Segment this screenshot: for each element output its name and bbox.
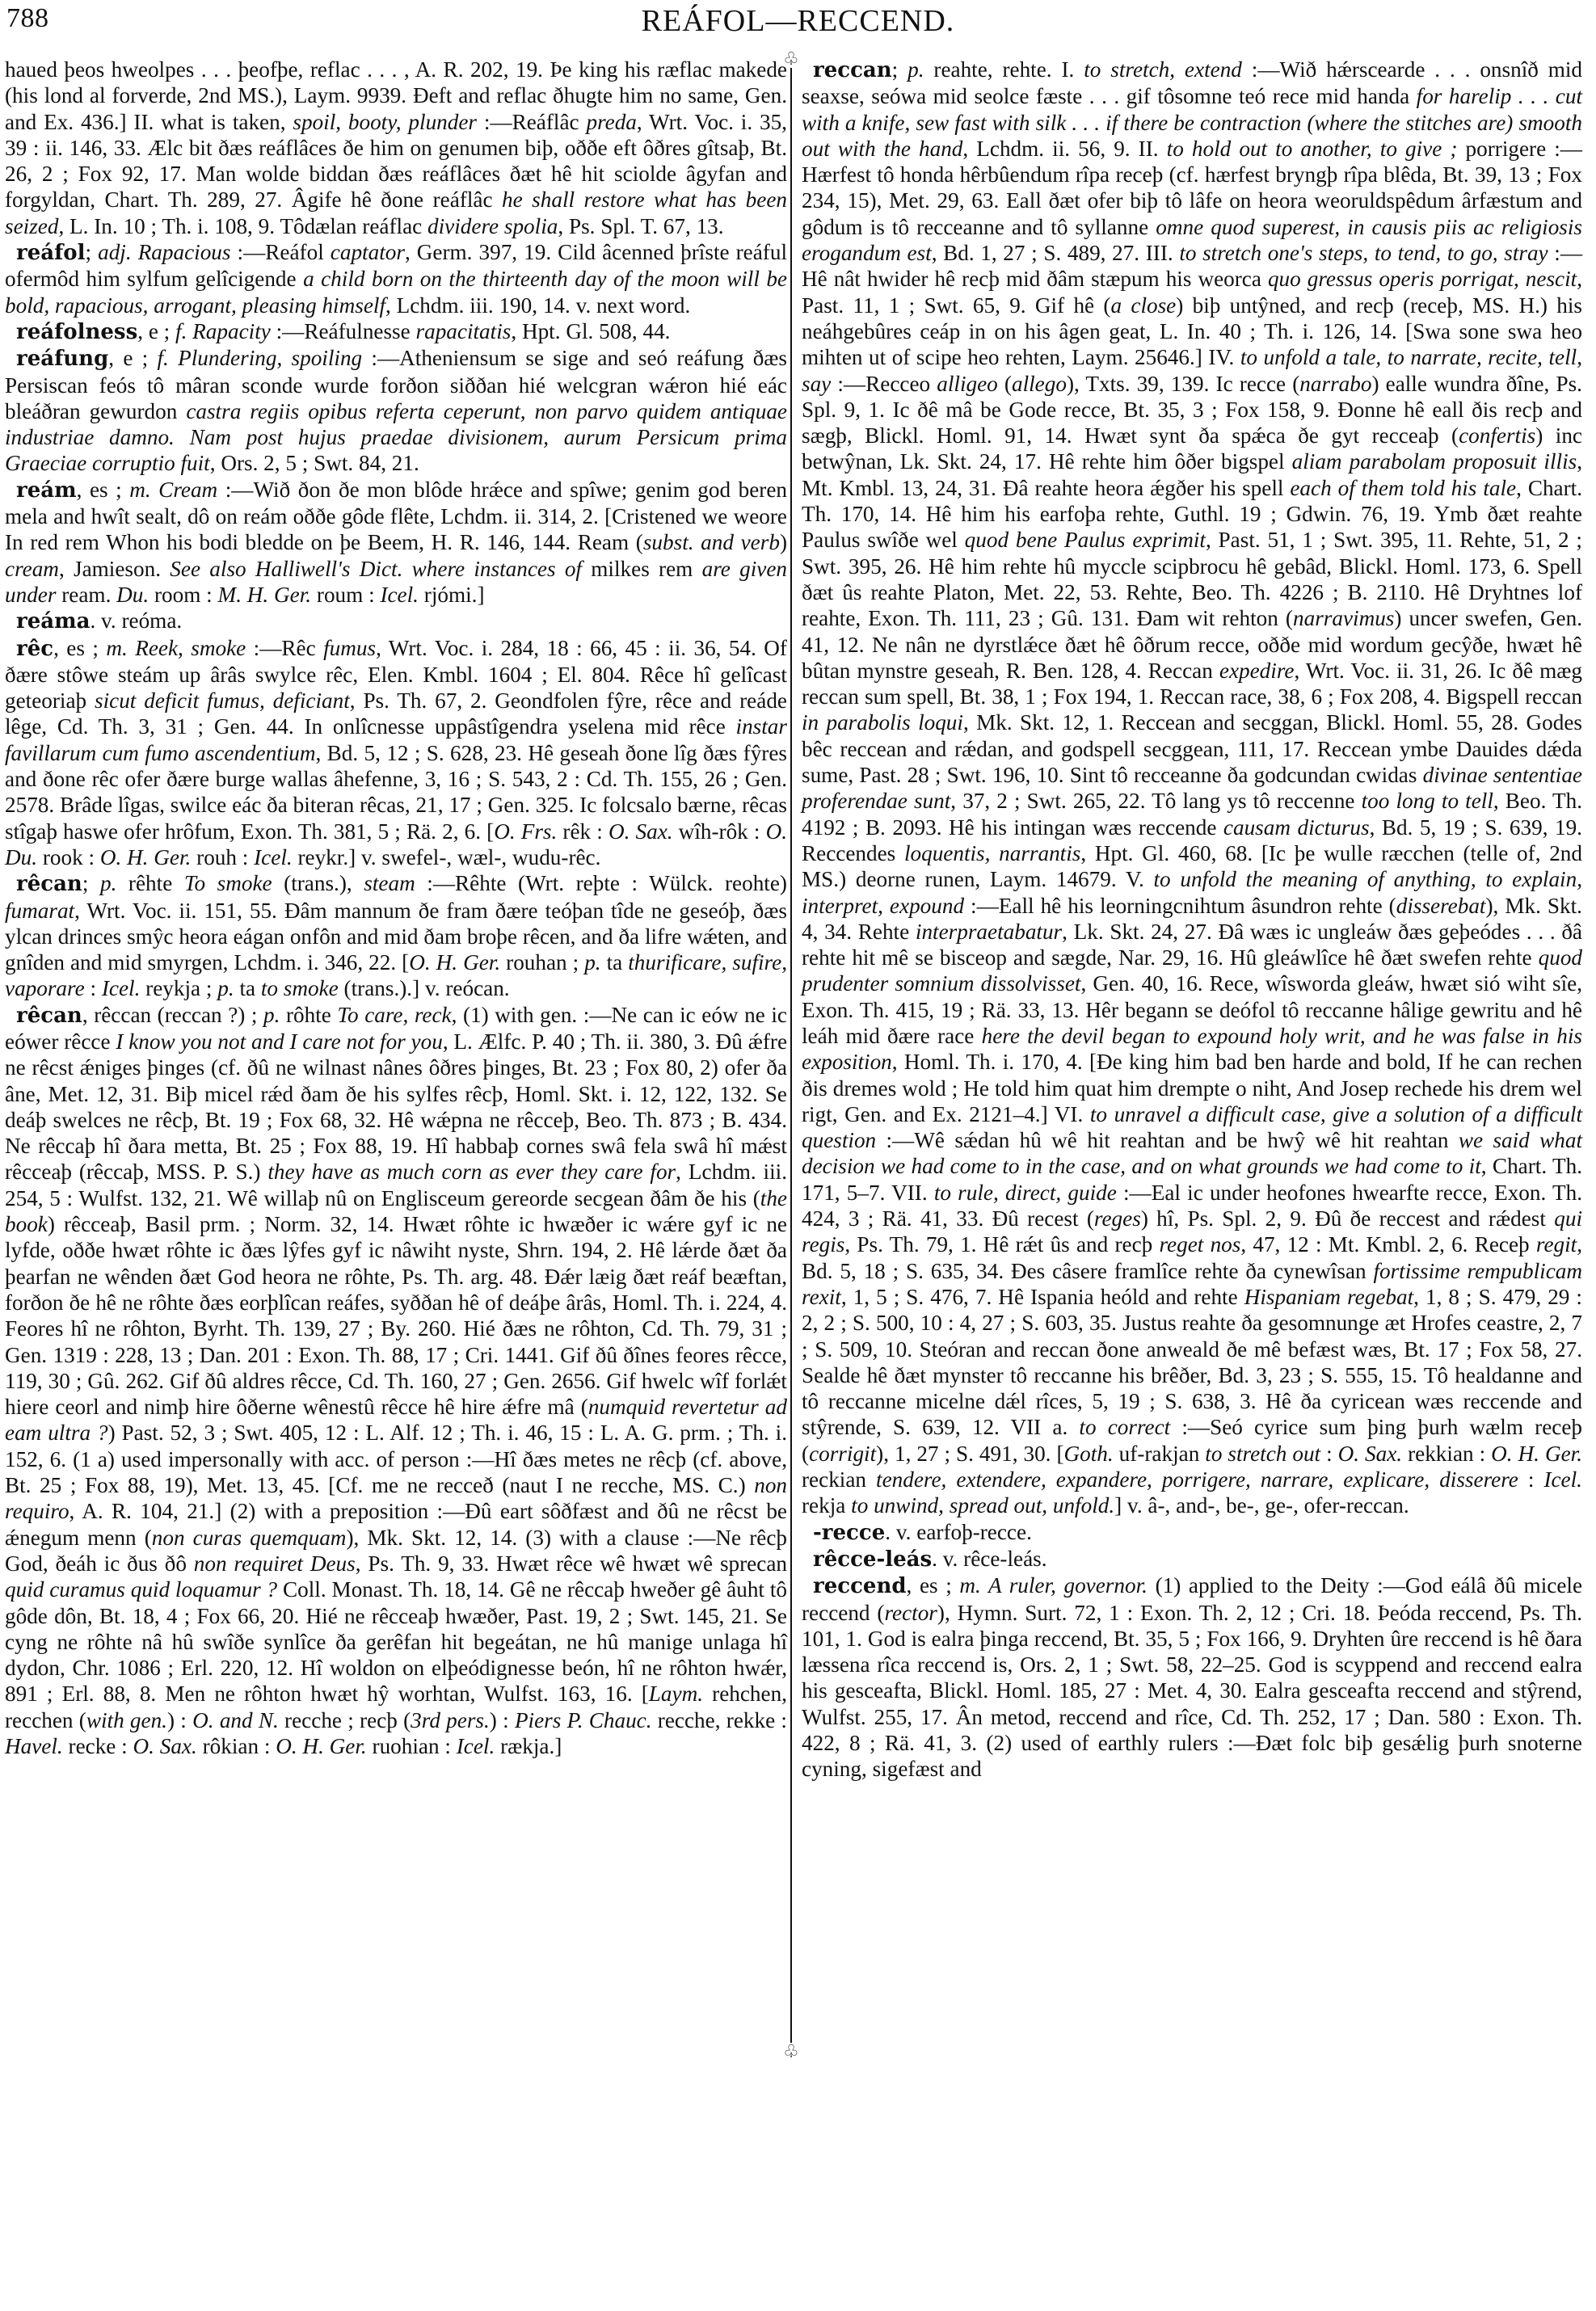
entry-text: rouh : (191, 845, 254, 869)
italic-gloss: to stretch, extend (1084, 57, 1242, 82)
entry-text: , Bd. 1, 27 ; S. 489, 27. III. (932, 241, 1180, 265)
italic-gloss: confertis (1459, 423, 1535, 448)
italic-gloss: to stretch one's steps, to tend, to go, … (1179, 241, 1548, 265)
headword: rêcce-leás (813, 1547, 932, 1572)
italic-gloss: in parabolis loqui (802, 710, 963, 735)
entry-text: , Ps. Th. 79, 1. Hê rǽt ûs and recþ (844, 1232, 1159, 1257)
italic-gloss: to rule, direct, guide (934, 1181, 1117, 1205)
italic-gloss: 3rd pers. (411, 1708, 490, 1732)
entry-text: roum : (311, 583, 380, 607)
entry-text: ream. (56, 583, 116, 607)
italic-gloss: O. H. Ger. (100, 845, 192, 869)
entry-text: reahte, rehte. I. (924, 57, 1084, 82)
entry-text: ) : (167, 1708, 192, 1732)
italic-gloss: spoil, booty, plunder (293, 110, 477, 134)
entry-text: , es ; (907, 1573, 960, 1597)
entry-text: , Ps. Th. 9, 33. Hwæt rêce wê hwæt wê sp… (356, 1551, 787, 1576)
italic-gloss: Icel. (380, 583, 419, 607)
italic-gloss: dividere spolia (427, 214, 558, 238)
entry-text: :—Reáfulnesse (271, 319, 416, 343)
entry-text: room : (149, 583, 217, 607)
entry-text: reckian (802, 1467, 876, 1492)
italic-gloss: expedire (1219, 659, 1295, 683)
italic-gloss: narrabo (1299, 372, 1371, 396)
italic-gloss: Icel. (1543, 1467, 1582, 1492)
entry-text: , Jamieson. (59, 557, 170, 581)
entry-text: :—Rêc (246, 636, 323, 660)
entry-text: :—Rêhte (Wrt. reþte : Wülck. reohte) (415, 871, 787, 895)
entry-text: :—Reáfol (230, 240, 330, 264)
italic-gloss: quo gressus operis porrigat, nescit (1268, 267, 1577, 291)
entry-text: :—Reáflâc (477, 110, 586, 134)
entry-text: rekja (802, 1493, 851, 1518)
entry-text: rækja.] (495, 1734, 562, 1758)
dictionary-entry-recce-leas: rêcce-leás. v. rêce-leás. (802, 1546, 1582, 1572)
entry-text: . v. rêce-leás. (932, 1547, 1046, 1571)
dictionary-entry-ream: reám, es ; m. Cream :—Wið ðon ðe mon blô… (5, 477, 787, 608)
italic-gloss: corrigit (809, 1442, 876, 1466)
italic-gloss: steam (364, 871, 415, 895)
entry-text: reykr.] v. swefel-, wæl-, wudu-rêc. (293, 845, 601, 869)
italic-gloss: sicut deficit fumus, deficiant (95, 688, 350, 713)
left-column: haued þeos hweolpes . . . þeofþe, reflac… (5, 57, 787, 1759)
dictionary-entry-reafolness: reáfolness, e ; f. Rapacity :—Reáfulness… (5, 318, 787, 345)
entry-text: rouhan ; (500, 950, 584, 974)
entry-text: uf-rakjan (1114, 1442, 1206, 1466)
dictionary-entry-reama: reáma. v. reóma. (5, 608, 787, 634)
italic-gloss: tendere, extendere, expandere, porrigere… (876, 1467, 1518, 1492)
entry-text: ruohian : (367, 1734, 457, 1758)
entry-text: :—Recceo (831, 372, 937, 396)
dictionary-entry-rec: rêc, es ; m. Reek, smoke :—Rêc fumus, Wr… (5, 635, 787, 871)
entry-text: recche ; recþ ( (279, 1708, 411, 1732)
dictionary-entry-reccan: reccan; p. reahte, rehte. I. to stretch,… (802, 57, 1582, 1519)
italic-gloss: to smoke (261, 976, 339, 1000)
entry-text: . v. reóma. (90, 608, 182, 633)
italic-gloss: loquentis, narrantis (904, 841, 1080, 865)
dictionary-entry-recan-reccan: rêcan, rêccan (reccan ?) ; p. rôhte To c… (5, 1002, 787, 1760)
entry-text: (trans.).] v. reócan. (339, 976, 510, 1000)
entry-text: , Lchdm. ii. 56, 9. II. (962, 137, 1166, 161)
italic-gloss: Piers P. Chauc. (515, 1708, 652, 1732)
italic-gloss: reget nos (1159, 1232, 1240, 1257)
italic-gloss: O. and N. (192, 1708, 279, 1732)
italic-gloss: Icel. (457, 1734, 495, 1758)
italic-gloss: m. A ruler, governor. (959, 1573, 1148, 1597)
italic-gloss: too long to tell (1362, 789, 1493, 813)
italic-gloss: causam dicturus (1223, 815, 1370, 840)
italic-gloss: to stretch out (1205, 1442, 1320, 1466)
running-head: REÁFOL—RECCEND. (0, 3, 1596, 39)
italic-gloss: O. Frs. (494, 819, 557, 844)
entry-text: , rêccan (reccan ?) ; (82, 1003, 263, 1027)
italic-gloss: narravimus (1293, 606, 1394, 630)
italic-gloss: quod bene Paulus exprimit (965, 528, 1206, 552)
italic-gloss: Hispaniam regebat (1244, 1285, 1413, 1309)
entry-text: ), 1, 27 ; S. 491, 30. [ (876, 1442, 1063, 1466)
italic-gloss: Havel. (5, 1734, 63, 1758)
italic-gloss: I know you not and I care not for you (116, 1029, 442, 1054)
entry-text: rêhte (116, 871, 183, 895)
italic-gloss: a close (1110, 293, 1176, 318)
italic-gloss: p. (100, 871, 116, 895)
headword: reám (16, 478, 77, 503)
dictionary-entry-reaflac-continued: haued þeos hweolpes . . . þeofþe, reflac… (5, 57, 787, 239)
dictionary-entry-reafung: reáfung, e ; f. Plundering, spoiling :—A… (5, 345, 787, 476)
entry-text: . v. earfoþ-recce. (885, 1520, 1032, 1544)
italic-gloss: To smoke (184, 871, 272, 895)
entry-text: : (85, 976, 102, 1000)
italic-gloss: M. H. Ger. (218, 583, 312, 607)
entry-text: :—Eall hê his leorningcnihtum âsundron r… (964, 894, 1396, 918)
entry-text: rekkian : (1402, 1442, 1491, 1466)
headword: reccend (813, 1574, 907, 1598)
entry-text: , e ; (137, 319, 175, 343)
entry-text: , Hpt. Gl. 508, 44. (511, 319, 670, 343)
dictionary-entry-recce: -recce. v. earfoþ-recce. (802, 1519, 1582, 1546)
italic-gloss: aliam parabolam proposuit illis (1292, 449, 1577, 474)
italic-gloss: m. Reek, smoke (106, 636, 246, 660)
italic-gloss: p. (263, 1003, 280, 1027)
italic-gloss: rector (884, 1601, 937, 1625)
entry-text: , es ; (53, 636, 106, 660)
headword: reáfolness (16, 320, 137, 344)
italic-gloss: each of them told his tale (1290, 476, 1516, 500)
dictionary-entry-recan: rêcan; p. rêhte To smoke (trans.), steam… (5, 870, 787, 1001)
entry-text: , 47, 12 : Mt. Kmbl. 2, 6. Receþ (1240, 1232, 1536, 1257)
italic-gloss: adj. Rapacious (98, 240, 230, 264)
dictionary-entry-reccend: reccend, es ; m. A ruler, governor. (1) … (802, 1572, 1582, 1782)
entry-text: ), Hymn. Surt. 72, 1 : Exon. Th. 2, 12 ;… (802, 1601, 1582, 1782)
entry-text: , L. In. 10 ; Th. i. 108, 9. Tôdælan reá… (58, 214, 427, 238)
entry-text: recke : (63, 1734, 133, 1758)
italic-gloss: fumarat (5, 899, 74, 923)
entry-text: rôhte (280, 1003, 337, 1027)
entry-text: , Ors. 2, 5 ; Swt. 84, 21. (210, 451, 419, 475)
italic-gloss: quid curamus quid loquamur ? (5, 1577, 277, 1602)
entry-text: rook : (37, 845, 100, 869)
entry-text: , Ps. Spl. T. 67, 13. (558, 214, 723, 238)
entry-text: ] v. â-, and-, be-, ge-, ofer-reccan. (1114, 1493, 1409, 1518)
italic-gloss: O. H. Ger. (276, 1734, 367, 1758)
entry-text: : (1518, 1467, 1544, 1492)
italic-gloss: captator (331, 240, 405, 264)
entry-text: ), Txts. 39, 139. Ic recce ( (1067, 372, 1299, 396)
italic-gloss: fumus (323, 636, 376, 660)
italic-gloss: O. Sax. (1338, 1442, 1402, 1466)
italic-gloss: p. (907, 57, 924, 82)
italic-gloss: non requiret Deus (194, 1551, 356, 1576)
italic-gloss: disserebat (1396, 894, 1486, 918)
headword: rêcan (16, 1004, 82, 1028)
ornament-bottom-icon: ♧ (782, 2043, 800, 2061)
italic-gloss: O. H. Ger. (1491, 1442, 1582, 1466)
entry-text: , e ; (108, 346, 157, 370)
entry-text: wîh-rôk : (673, 819, 766, 844)
italic-gloss: reges (1094, 1206, 1141, 1231)
entry-text: ; (86, 240, 99, 264)
italic-gloss: non curas quemquam (152, 1526, 347, 1550)
italic-gloss: Du. (116, 583, 149, 607)
italic-gloss: rapacitatis (416, 319, 512, 343)
column-divider (790, 57, 792, 2052)
entry-text: ) Past. 52, 3 ; Swt. 405, 12 : L. Alf. 1… (5, 1421, 787, 1497)
entry-text: , 37, 2 ; Swt. 265, 22. Tô lang ys tô re… (950, 789, 1361, 813)
entry-text: , Lchdm. iii. 190, 14. v. next word. (385, 293, 690, 318)
headword: reáfol (16, 241, 86, 265)
italic-gloss: allego (1012, 372, 1067, 396)
entry-text: , 1, 5 ; S. 476, 7. Hê Ispania heóld and… (841, 1285, 1244, 1309)
italic-gloss: interpraetabatur (916, 920, 1062, 944)
italic-gloss: m. Cream (129, 478, 217, 502)
entry-text: milkes rem (582, 557, 702, 581)
entry-text: rjómi.] (419, 583, 485, 607)
italic-gloss: to hold out to another, to give ; (1167, 137, 1458, 161)
italic-gloss: preda (586, 110, 636, 134)
entry-text: ; (82, 871, 100, 895)
italic-gloss: To care, reck (337, 1003, 451, 1027)
italic-gloss: O. H. Ger. (409, 950, 500, 974)
italic-gloss: regit (1536, 1232, 1577, 1257)
entry-text: :—Wê sǽdan hû wê hit reahtan and be hwŷ … (876, 1128, 1459, 1152)
italic-gloss: Icel. (254, 845, 293, 869)
entry-text: rôkian : (197, 1734, 276, 1758)
headword: reáfung (16, 347, 108, 371)
entry-text: recche, rekke : (652, 1708, 787, 1732)
italic-gloss: with gen. (86, 1708, 167, 1732)
italic-gloss: cream (5, 557, 59, 581)
entry-text: ) hî, Ps. Spl. 2, 9. Ðû ðe reccest and r… (1141, 1206, 1554, 1231)
headword: reáma (16, 609, 90, 634)
italic-gloss: alligeo (937, 372, 998, 396)
entry-text: ) : (490, 1708, 515, 1732)
headword: -recce (813, 1521, 885, 1545)
entry-text: , es ; (77, 478, 130, 502)
italic-gloss: to unwind, spread out, unfold. (851, 1493, 1114, 1518)
italic-gloss: p. (217, 976, 234, 1000)
italic-gloss: f. Plundering, spoiling (158, 346, 363, 370)
entry-text: ta (601, 950, 629, 974)
entry-text: : (1320, 1442, 1338, 1466)
italic-gloss: subst. and verb (643, 530, 780, 554)
headword: rêcan (16, 872, 82, 896)
entry-text: ta (234, 976, 261, 1000)
entry-text: reykja ; (140, 976, 217, 1000)
italic-gloss: to correct (1079, 1415, 1170, 1439)
entry-text: rêk : (557, 819, 609, 844)
italic-gloss: O. Sax. (133, 1734, 197, 1758)
italic-gloss: Icel. (102, 976, 141, 1000)
entry-text: ) rêcceaþ, Basil prm. ; Norm. 32, 14. Hw… (5, 1212, 787, 1419)
headword: rêc (16, 637, 53, 661)
entry-text: ( (998, 372, 1012, 396)
italic-gloss: O. Sax. (609, 819, 673, 844)
entry-text: ) (780, 530, 787, 554)
right-column: reccan; p. reahte, rehte. I. to stretch,… (802, 57, 1582, 1783)
italic-gloss: f. Rapacity (175, 319, 271, 343)
dictionary-entry-reafol: reáfol; adj. Rapacious :—Reáfol captator… (5, 239, 787, 318)
entry-text: ; (892, 57, 907, 82)
italic-gloss: p. (584, 950, 600, 974)
italic-gloss: See also Halliwell's Dict. where instanc… (170, 557, 582, 581)
headword: reccan (813, 58, 892, 82)
italic-gloss: Goth. (1064, 1442, 1114, 1466)
entry-text: (trans.), (272, 871, 364, 895)
italic-gloss: Laym. (649, 1682, 703, 1706)
italic-gloss: they have as much corn as ever they care… (267, 1160, 676, 1184)
